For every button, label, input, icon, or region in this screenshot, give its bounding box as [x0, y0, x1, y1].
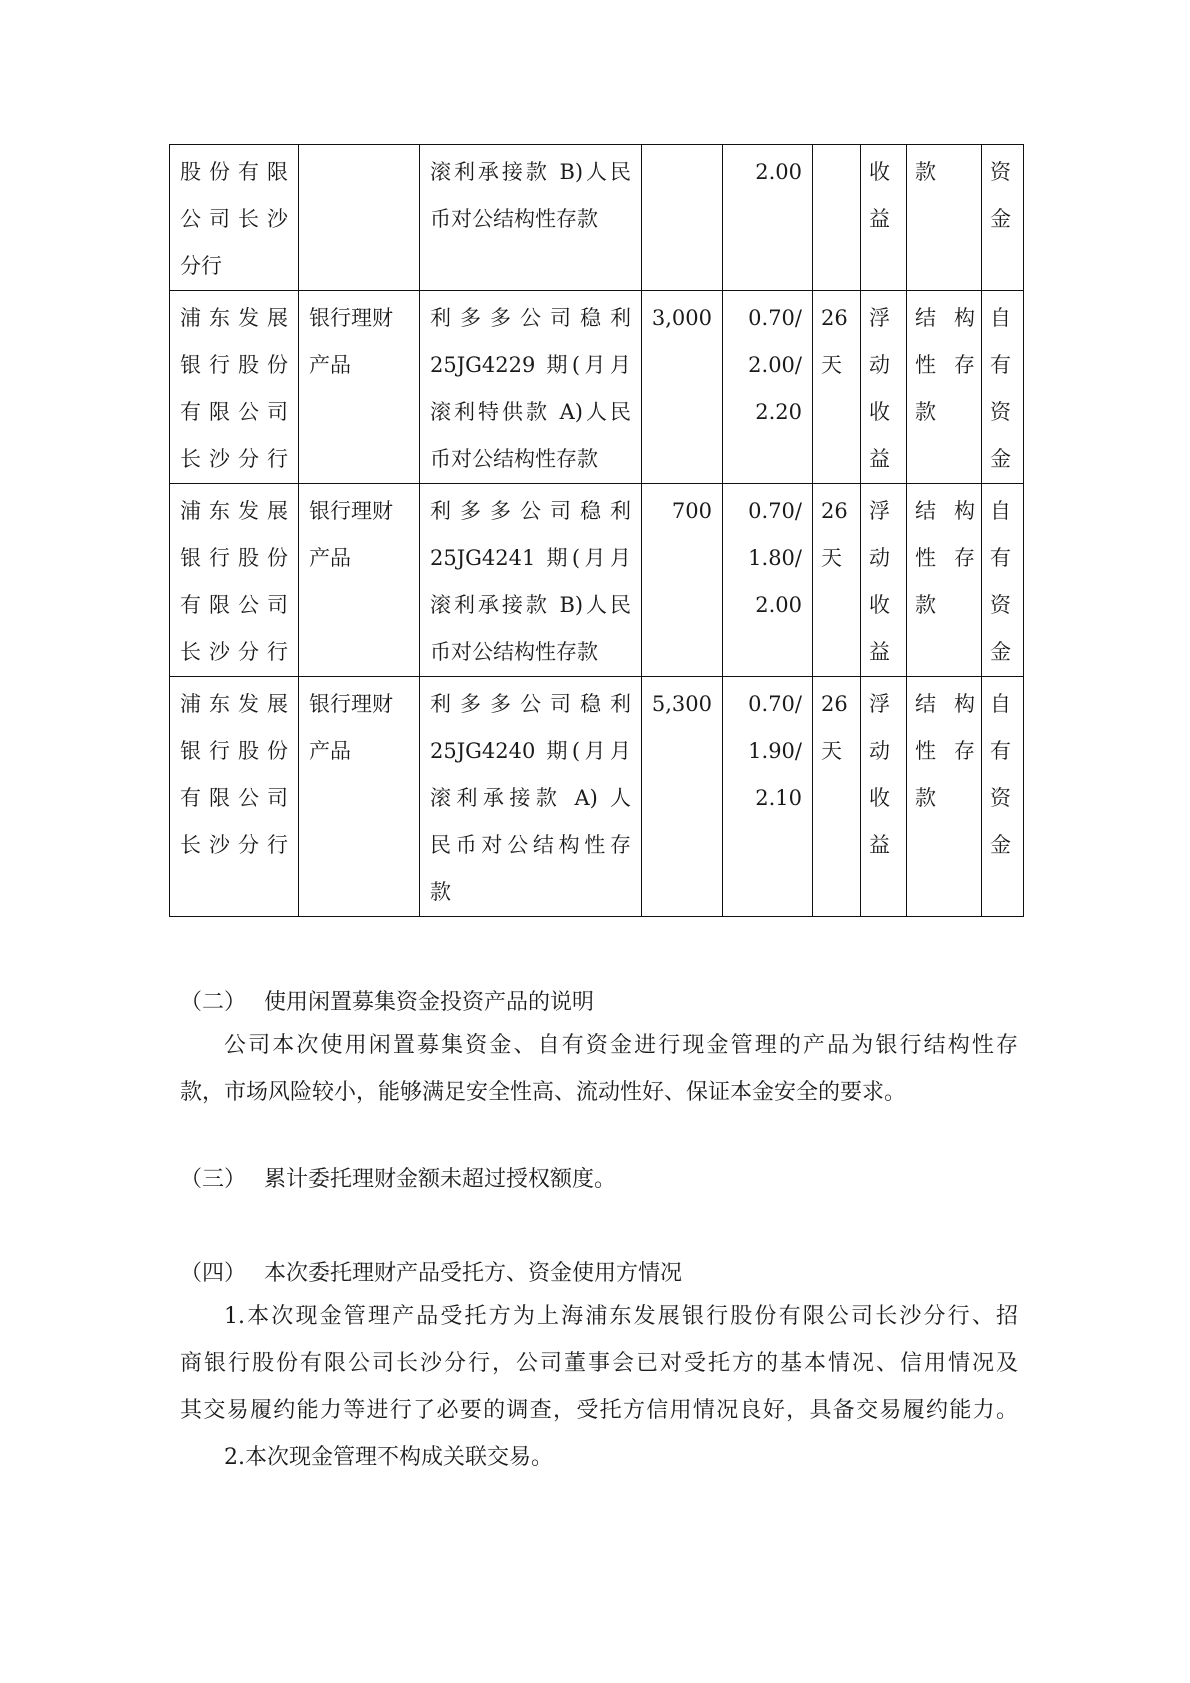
funds-source-cell: 资金: [982, 145, 1024, 291]
cell-line: 金: [990, 822, 1017, 869]
funds-source-cell: 自有资金: [982, 677, 1024, 917]
cell-line: 资: [990, 389, 1017, 436]
cell-line: 收: [869, 389, 900, 436]
cell-line: 币对公结构性存款: [430, 196, 631, 243]
cell-line: 有限公司: [180, 582, 288, 629]
section-2-heading: （二）使用闲置募集资金投资产品的说明: [180, 988, 594, 1018]
structure-cell: 结构性存款: [907, 291, 982, 484]
cell-line: 动: [869, 535, 900, 582]
cell-line: 自: [990, 488, 1017, 535]
section-2-line-2: 款，市场风险较小，能够满足安全性高、流动性好、保证本金安全的要求。: [180, 1069, 1018, 1116]
cell-line: 银行股份: [180, 535, 288, 582]
product-name-cell: 利多多公司稳利25JG4241 期(月月滚利承接款 B)人民币对公结构性存款: [420, 484, 642, 677]
cell-line: 2.20: [727, 389, 802, 436]
cell-line: 26: [821, 488, 854, 535]
cell-line: 产品: [309, 342, 409, 389]
cell-line: 有: [990, 728, 1017, 775]
document-page: 股份有限公司长沙分行滚利承接款 B)人民币对公结构性存款2.00收益款资金浦东发…: [0, 0, 1190, 1683]
cell-line: 长沙分行: [180, 822, 288, 869]
trustee-cell: 浦东发展银行股份有限公司长沙分行: [170, 677, 299, 917]
cell-line: 金: [990, 436, 1017, 483]
income-type-cell: 浮动收益: [861, 677, 907, 917]
cell-line: 结构: [915, 681, 975, 728]
cell-line: 款: [430, 869, 631, 916]
product-name-cell: 利多多公司稳利25JG4229 期(月月滚利特供款 A)人民币对公结构性存款: [420, 291, 642, 484]
income-type-cell: 收益: [861, 145, 907, 291]
cell-line: 有限公司: [180, 775, 288, 822]
product-name-cell: 利多多公司稳利25JG4240 期(月月滚利承接款 A) 人民币对公结构性存款: [420, 677, 642, 917]
cell-line: 天: [821, 535, 854, 582]
cell-line: 益: [869, 436, 900, 483]
cell-line: 金: [990, 629, 1017, 676]
cell-line: 滚利承接款 B)人民: [430, 582, 631, 629]
section-3-title: 累计委托理财金额未超过授权额度。: [264, 1167, 616, 1192]
trustee-cell: 浦东发展银行股份有限公司长沙分行: [170, 291, 299, 484]
cell-line: 性存: [915, 728, 975, 775]
cell-line: 长沙分行: [180, 436, 288, 483]
cell-line: 金: [990, 196, 1017, 243]
funds-source-cell: 自有资金: [982, 291, 1024, 484]
cell-line: 0.70/: [727, 295, 802, 342]
cell-line: 1.90/: [727, 728, 802, 775]
table-row: 浦东发展银行股份有限公司长沙分行银行理财产品利多多公司稳利25JG4240 期(…: [170, 677, 1024, 917]
product-type-cell: 银行理财产品: [299, 677, 420, 917]
income-type-cell: 浮动收益: [861, 291, 907, 484]
cell-line: 公司长沙: [180, 196, 288, 243]
cell-line: 有: [990, 535, 1017, 582]
product-type-cell: 银行理财产品: [299, 291, 420, 484]
structure-cell: 款: [907, 145, 982, 291]
cell-line: 自: [990, 681, 1017, 728]
cell-line: 收: [869, 582, 900, 629]
section-4-number: （四）: [180, 1259, 264, 1289]
cell-line: 益: [869, 629, 900, 676]
table-row: 股份有限公司长沙分行滚利承接款 B)人民币对公结构性存款2.00收益款资金: [170, 145, 1024, 291]
cell-line: 0.70/: [727, 681, 802, 728]
amount-cell: 5,300: [642, 677, 723, 917]
term-cell: 26天: [813, 291, 861, 484]
table-row: 浦东发展银行股份有限公司长沙分行银行理财产品利多多公司稳利25JG4241 期(…: [170, 484, 1024, 677]
funds-source-cell: 自有资金: [982, 484, 1024, 677]
cell-line: 有: [990, 342, 1017, 389]
cell-line: 26: [821, 681, 854, 728]
cell-line: 民币对公结构性存: [430, 822, 631, 869]
cell-line: 收: [869, 775, 900, 822]
cell-line: 25JG4240 期(月月: [430, 728, 631, 775]
section-4-item-1-line-2: 商银行股份有限公司长沙分行，公司董事会已对受托方的基本情况、信用情况及: [180, 1340, 1018, 1387]
term-cell: 26天: [813, 484, 861, 677]
cell-line: 利多多公司稳利: [430, 488, 631, 535]
product-type-cell: 银行理财产品: [299, 484, 420, 677]
cell-line: 产品: [309, 728, 409, 775]
cell-line: 滚利承接款 B)人民: [430, 149, 631, 196]
cell-line: 收: [869, 149, 900, 196]
cell-line: 2.00/: [727, 342, 802, 389]
structure-cell: 结构性存款: [907, 677, 982, 917]
amount-cell: 3,000: [642, 291, 723, 484]
product-type-cell: [299, 145, 420, 291]
cell-line: 分行: [180, 243, 288, 290]
term-cell: 26天: [813, 677, 861, 917]
cell-line: 银行股份: [180, 728, 288, 775]
section-2-line-1: 公司本次使用闲置募集资金、自有资金进行现金管理的产品为银行结构性存: [180, 1022, 1018, 1069]
cell-line: 款: [915, 149, 975, 196]
cell-line: 益: [869, 822, 900, 869]
cell-line: 股份有限: [180, 149, 288, 196]
cell-line: 滚利承接款 A) 人: [430, 775, 631, 822]
cell-line: 款: [915, 775, 975, 822]
cell-line: 性存: [915, 342, 975, 389]
cell-line: 益: [869, 196, 900, 243]
cell-line: 天: [821, 728, 854, 775]
rate-cell: 0.70/1.90/2.10: [723, 677, 813, 917]
amount-cell: 700: [642, 484, 723, 677]
rate-cell: 2.00: [723, 145, 813, 291]
cell-line: 浦东发展: [180, 488, 288, 535]
cell-line: 银行理财: [309, 295, 409, 342]
cell-line: 滚利特供款 A)人民: [430, 389, 631, 436]
term-cell: [813, 145, 861, 291]
amount-cell: [642, 145, 723, 291]
cell-text: 700: [646, 488, 712, 535]
cell-line: 资: [990, 775, 1017, 822]
cell-line: 有限公司: [180, 389, 288, 436]
cell-line: 币对公结构性存款: [430, 436, 631, 483]
section-2-paragraph: 公司本次使用闲置募集资金、自有资金进行现金管理的产品为银行结构性存 款，市场风险…: [180, 1022, 1018, 1116]
section-4-item-1-line-1: 1.本次现金管理产品受托方为上海浦东发展银行股份有限公司长沙分行、招: [180, 1293, 1018, 1340]
section-4-heading: （四）本次委托理财产品受托方、资金使用方情况: [180, 1259, 682, 1289]
table-row: 浦东发展银行股份有限公司长沙分行银行理财产品利多多公司稳利25JG4229 期(…: [170, 291, 1024, 484]
cell-line: 25JG4241 期(月月: [430, 535, 631, 582]
cell-line: 利多多公司稳利: [430, 295, 631, 342]
wealth-management-table: 股份有限公司长沙分行滚利承接款 B)人民币对公结构性存款2.00收益款资金浦东发…: [169, 144, 1024, 917]
rate-cell: 0.70/1.80/2.00: [723, 484, 813, 677]
cell-line: 自: [990, 295, 1017, 342]
cell-text: 5,300: [646, 681, 712, 728]
cell-line: 1.80/: [727, 535, 802, 582]
cell-line: 银行股份: [180, 342, 288, 389]
cell-line: 长沙分行: [180, 629, 288, 676]
cell-line: 币对公结构性存款: [430, 629, 631, 676]
section-4-item-2: 2.本次现金管理不构成关联交易。: [180, 1434, 1018, 1481]
cell-line: 2.00: [727, 582, 802, 629]
cell-line: 银行理财: [309, 681, 409, 728]
cell-line: 26: [821, 295, 854, 342]
cell-line: 款: [915, 582, 975, 629]
cell-line: 资: [990, 582, 1017, 629]
cell-line: 银行理财: [309, 488, 409, 535]
cell-line: 产品: [309, 535, 409, 582]
cell-text: 3,000: [646, 295, 712, 342]
trustee-cell: 股份有限公司长沙分行: [170, 145, 299, 291]
rate-cell: 0.70/2.00/2.20: [723, 291, 813, 484]
section-2-title: 使用闲置募集资金投资产品的说明: [264, 990, 594, 1015]
section-4-paragraph: 1.本次现金管理产品受托方为上海浦东发展银行股份有限公司长沙分行、招 商银行股份…: [180, 1293, 1018, 1481]
income-type-cell: 浮动收益: [861, 484, 907, 677]
structure-cell: 结构性存款: [907, 484, 982, 677]
cell-line: 款: [915, 389, 975, 436]
cell-line: 2.00: [727, 149, 802, 196]
section-2-number: （二）: [180, 988, 264, 1018]
section-4-title: 本次委托理财产品受托方、资金使用方情况: [264, 1261, 682, 1286]
product-name-cell: 滚利承接款 B)人民币对公结构性存款: [420, 145, 642, 291]
cell-line: 利多多公司稳利: [430, 681, 631, 728]
cell-line: 25JG4229 期(月月: [430, 342, 631, 389]
section-3-number: （三）: [180, 1165, 264, 1195]
cell-line: 性存: [915, 535, 975, 582]
cell-line: 动: [869, 728, 900, 775]
cell-line: 浮: [869, 681, 900, 728]
cell-line: 浮: [869, 488, 900, 535]
cell-line: 结构: [915, 488, 975, 535]
cell-line: 0.70/: [727, 488, 802, 535]
section-4-item-1-line-3: 其交易履约能力等进行了必要的调查，受托方信用情况良好，具备交易履约能力。: [180, 1387, 1018, 1434]
cell-line: 资: [990, 149, 1017, 196]
section-3-heading: （三）累计委托理财金额未超过授权额度。: [180, 1165, 616, 1195]
cell-line: 动: [869, 342, 900, 389]
cell-line: 浦东发展: [180, 681, 288, 728]
cell-line: 结构: [915, 295, 975, 342]
cell-line: 2.10: [727, 775, 802, 822]
trustee-cell: 浦东发展银行股份有限公司长沙分行: [170, 484, 299, 677]
cell-line: 浮: [869, 295, 900, 342]
cell-line: 浦东发展: [180, 295, 288, 342]
cell-line: 天: [821, 342, 854, 389]
